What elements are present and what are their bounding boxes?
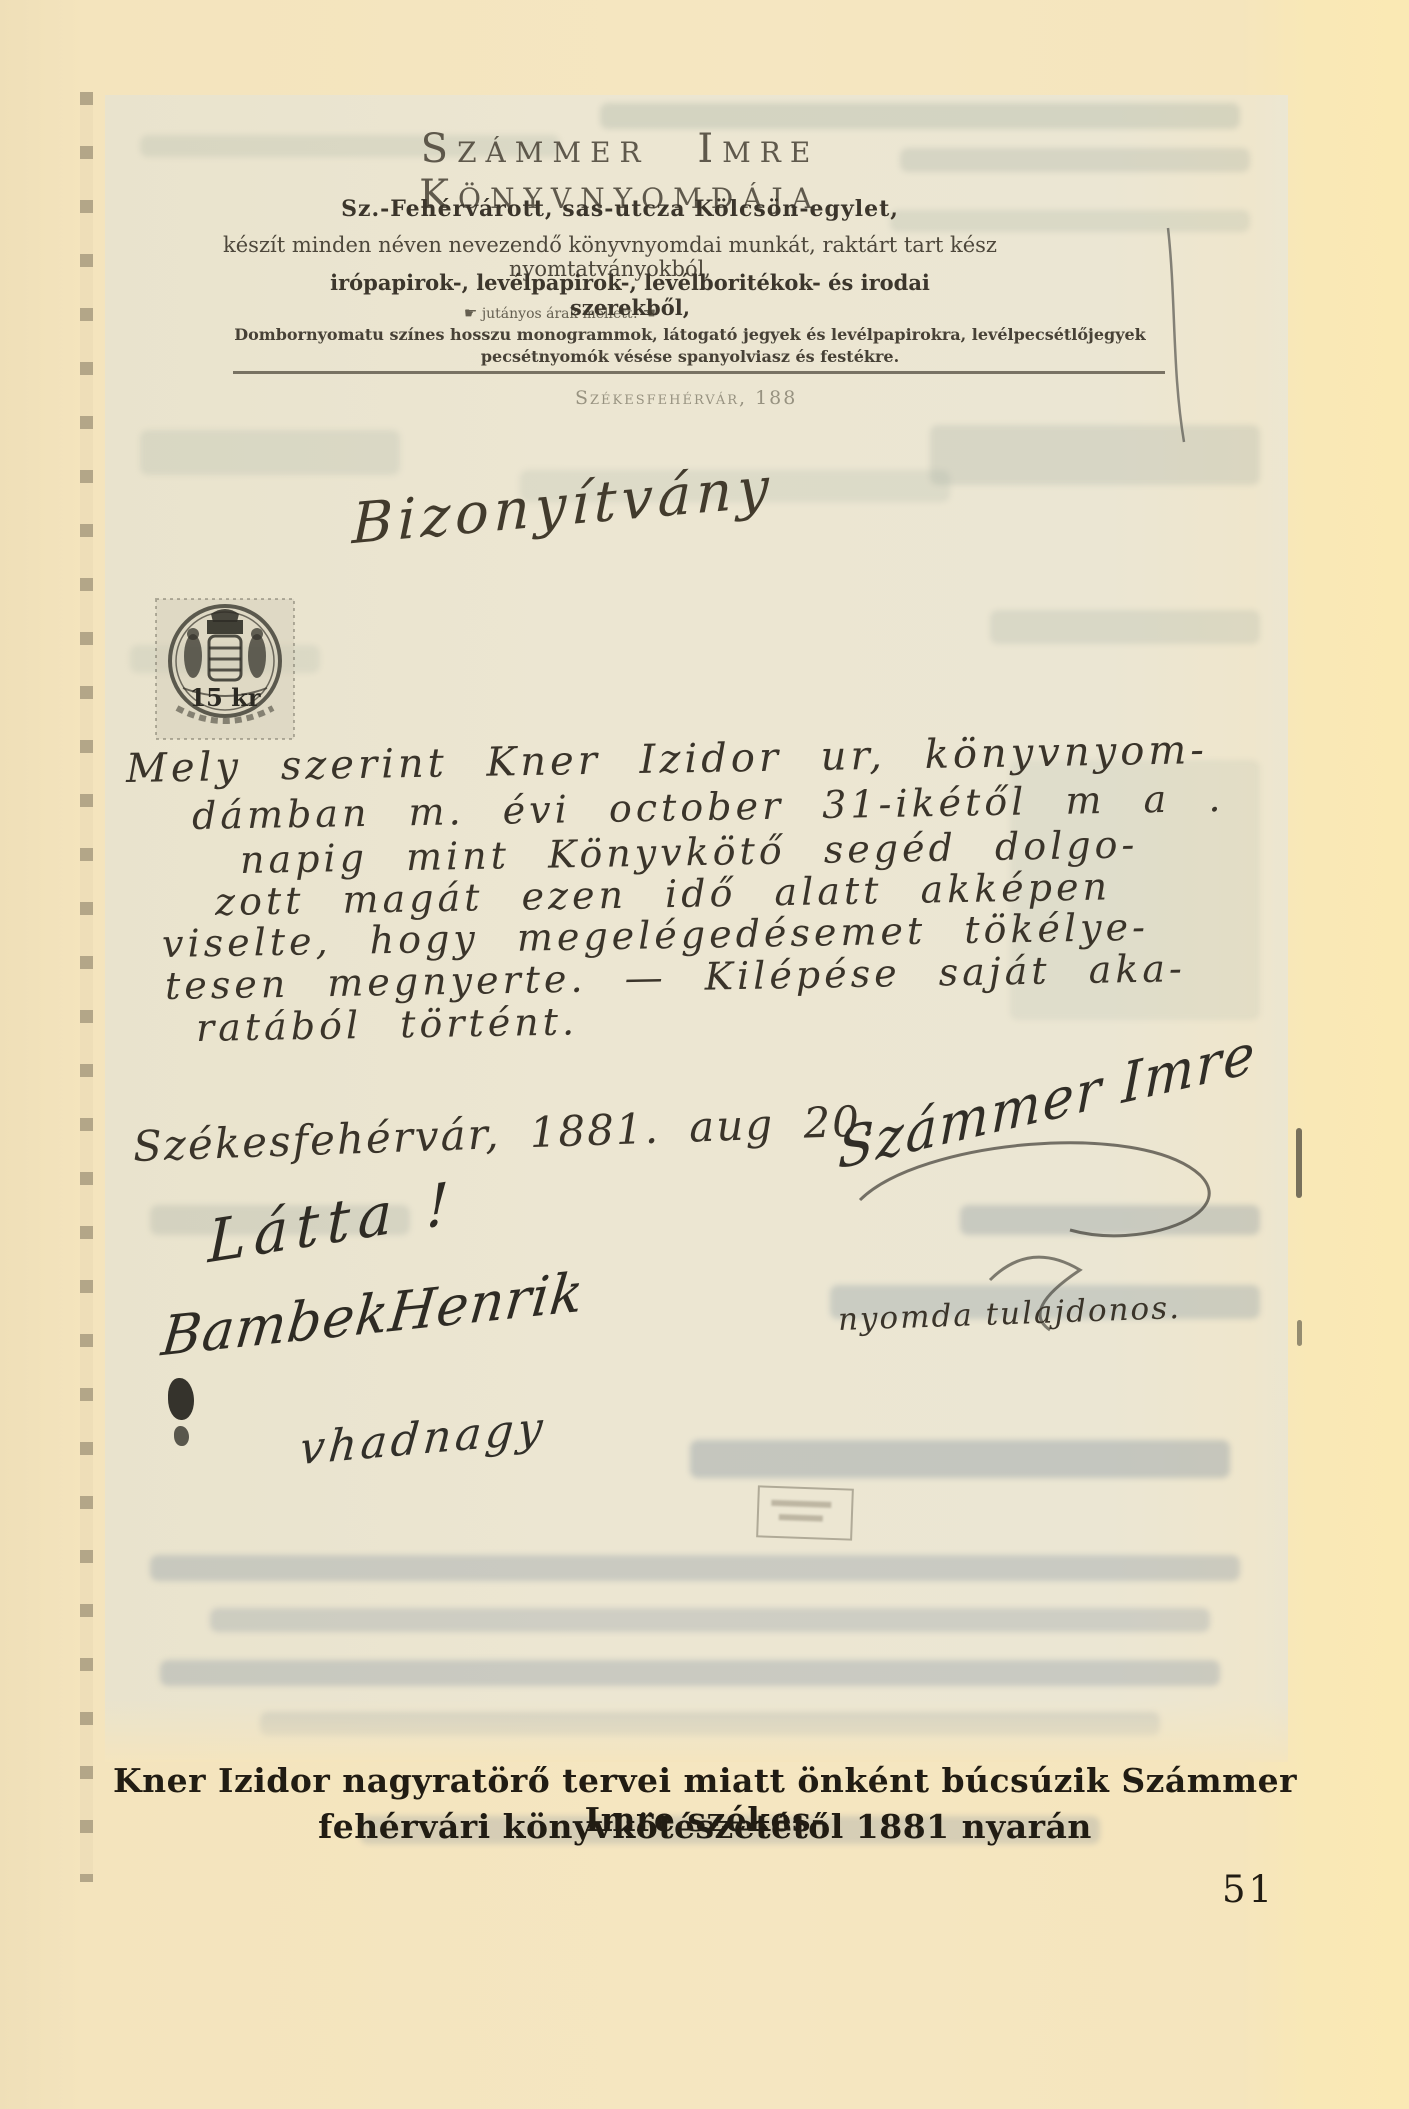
- motto-text: jutányos árak mellett!: [482, 306, 638, 322]
- letterhead-dateline: Székesfehérvár, 188: [575, 387, 875, 409]
- bleedthrough-artifact: [690, 1440, 1230, 1478]
- letterhead-address: Sz.-Fehérvárott, sas-utcza Kölcsön-egyle…: [330, 196, 910, 222]
- body-line: ratából történt.: [196, 999, 579, 1050]
- letterhead-rule: [233, 371, 1165, 374]
- pen-stroke-artifact: [1150, 220, 1200, 450]
- revenue-stamp-icon: 15 kr: [153, 596, 297, 746]
- binding-edge-artifacts: [80, 92, 93, 1882]
- bleedthrough-artifact: [210, 1608, 1210, 1632]
- caption-line2: fehérvári könyvkötészetétől 1881 nyarán: [70, 1807, 1340, 1846]
- bleedthrough-artifact: [900, 148, 1250, 172]
- book-page: Számmer Imre Könyvnyomdája Sz.-Fehérváro…: [0, 0, 1409, 2109]
- ink-blot: [168, 1378, 194, 1420]
- bleedthrough-artifact: [140, 430, 400, 475]
- bleedthrough-artifact: [990, 610, 1260, 644]
- stamp-denomination: 15 kr: [189, 683, 260, 712]
- edge-mark: [1297, 1320, 1302, 1346]
- page-number: 51: [1222, 1868, 1275, 1911]
- bleedthrough-artifact: [930, 425, 1260, 485]
- letterhead-detail-line1: Dombornyomatu színes hosszu monogrammok,…: [195, 325, 1185, 344]
- letterhead-motto: ☛ jutányos árak mellett! ☚: [420, 304, 700, 322]
- faded-stamp-box: [756, 1485, 854, 1540]
- edge-mark: [1296, 1128, 1302, 1198]
- facsimile-fade: [105, 1700, 1288, 1762]
- bleedthrough-artifact: [150, 1555, 1240, 1581]
- bleedthrough-artifact: [160, 1660, 1220, 1686]
- letterhead-detail-line2: pecsétnyomók vésése spanyolviasz és fest…: [195, 347, 1185, 366]
- manicule-left-icon: ☚: [643, 304, 656, 322]
- ink-blot: [174, 1426, 189, 1446]
- manicule-right-icon: ☛: [464, 304, 477, 322]
